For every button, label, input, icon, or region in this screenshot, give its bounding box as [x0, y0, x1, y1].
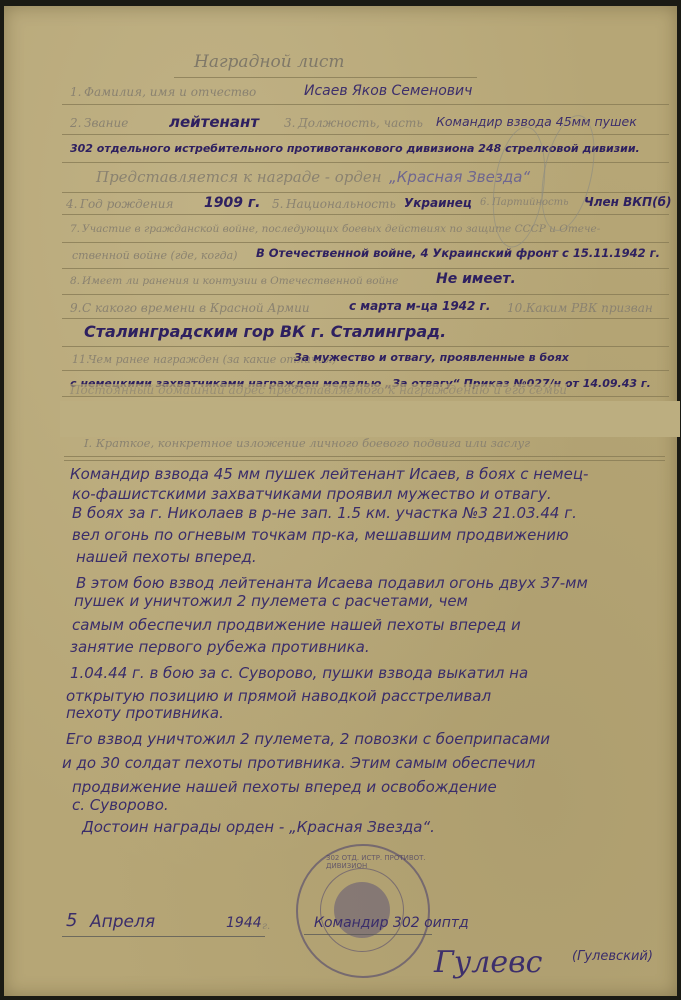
- field-7-num: 7.: [70, 224, 80, 235]
- rule: [62, 318, 669, 319]
- date-month: Апреля: [90, 914, 155, 931]
- signer-position: Командир 302 оиптд: [314, 916, 469, 930]
- field-6-value: Член ВКП(б): [584, 196, 671, 208]
- field-12-label: Постоянный домашний адрес представляемог…: [70, 384, 567, 396]
- rule: [64, 456, 665, 457]
- document-title: Наградной лист: [194, 54, 345, 71]
- field-2-num: 2.: [70, 117, 81, 129]
- field-6-num: 6.: [480, 198, 490, 208]
- field-4-num: 4.: [66, 198, 77, 210]
- field-5-label: Национальность: [286, 198, 396, 210]
- field-1-num: 1.: [70, 86, 81, 98]
- pencil-mark: [532, 110, 603, 235]
- field-9-value: с марта м-ца 1942 г.: [349, 300, 490, 312]
- field-8-value: Не имеет.: [436, 272, 516, 286]
- field-9-num: 9.: [70, 302, 81, 314]
- date-day: 5: [66, 912, 77, 930]
- field-1-value: Исаев Яков Семенович: [304, 84, 472, 98]
- narrative-line: В боях за г. Николаев в р-не зап. 1.5 км…: [72, 506, 577, 521]
- field-2-label: Звание: [84, 117, 128, 129]
- rule: [62, 346, 669, 347]
- field-2-value: лейтенант: [169, 115, 259, 130]
- narrative-line: занятие первого рубежа противника.: [70, 640, 370, 655]
- narrative-line: продвижение нашей пехоты вперед и освобо…: [72, 780, 497, 795]
- narrative-line: Достоин награды орден - „Красная Звезда“…: [82, 820, 435, 835]
- section-heading: I. Краткое, конкретное изложение личного…: [84, 438, 530, 450]
- field-3-num: 3.: [284, 117, 295, 129]
- field-3-value: Командир взвода 45мм пушек: [436, 116, 637, 129]
- field-9-label: С какого времени в Красной Армии: [82, 302, 310, 314]
- rule: [62, 294, 669, 295]
- field-5-value: Украинец: [404, 197, 472, 209]
- narrative-line: с. Суворово.: [72, 798, 169, 813]
- rule: [64, 460, 665, 461]
- field-1-label: Фамилия, имя и отчество: [84, 86, 256, 98]
- rule: [62, 268, 669, 269]
- rule: [62, 104, 669, 105]
- field-8-num: 8.: [70, 276, 80, 287]
- field-11-value: За мужество и отвагу, проявленные в боях: [294, 352, 569, 363]
- narrative-line: Его взвод уничтожил 2 пулемета, 2 повозк…: [66, 732, 550, 747]
- date-year-suffix: г.: [262, 922, 270, 932]
- field-10-num: 10.: [507, 302, 526, 314]
- date-year: 1944: [226, 916, 262, 930]
- field-3-label: Должность, часть: [298, 117, 423, 129]
- stamp-text: 302 ОТД. ИСТР. ПРОТИВОТ. ДИВИЗИОН: [326, 854, 428, 870]
- narrative-line: нашей пехоты вперед.: [76, 550, 257, 565]
- date-underline: [62, 936, 265, 937]
- narrative-line: пехоту противника.: [66, 706, 224, 721]
- field-11-num: 11.: [72, 354, 90, 365]
- field-10-label: Каким РВК призван: [526, 302, 653, 314]
- rule: [62, 242, 669, 243]
- narrative-line: самым обеспечил продвижение нашей пехоты…: [72, 618, 521, 633]
- signature-underline: [304, 934, 432, 935]
- field-8-label: Имеет ли ранения и контузии в Отечествен…: [82, 276, 398, 287]
- rule: [62, 370, 669, 371]
- field-4-value: 1909 г.: [204, 196, 260, 210]
- field-4-label: Год рождения: [80, 198, 173, 210]
- award-label: Представляется к награде - орден: [96, 170, 382, 185]
- narrative-line: вел огонь по огневым точкам пр-ка, мешав…: [72, 528, 569, 543]
- field-7-label-line2: ственной войне (где, когда): [72, 250, 237, 261]
- award-sheet: Наградной лист 1. Фамилия, имя и отчеств…: [4, 6, 677, 996]
- field-5-num: 5.: [272, 198, 283, 210]
- field-10-value: Сталинградским гор ВК г. Сталинград.: [84, 324, 446, 340]
- title-underline: [174, 77, 477, 78]
- field-7-value: В Отечественной войне, 4 Украинский фрон…: [256, 248, 660, 260]
- narrative-line: 1.04.44 г. в бою за с. Суворово, пушки в…: [70, 666, 528, 681]
- narrative-line: В этом бою взвод лейтенанта Исаева подав…: [76, 576, 588, 591]
- narrative-line: и до 30 солдат пехоты противника. Этим с…: [62, 756, 535, 771]
- narrative-line: Командир взвода 45 мм пушек лейтенант Ис…: [70, 467, 588, 482]
- signer-name: (Гулевский): [572, 950, 653, 963]
- signature-scribble: Гулевс: [434, 948, 542, 978]
- narrative-line: открытую позицию и прямой наводкой расст…: [66, 689, 491, 704]
- official-stamp: 302 ОТД. ИСТР. ПРОТИВОТ. ДИВИЗИОН: [296, 844, 430, 978]
- narrative-line: ко-фашистскими захватчиками проявил муже…: [72, 487, 552, 502]
- narrative-line: пушек и уничтожил 2 пулемета с расчетами…: [74, 594, 468, 609]
- redacted-area: [60, 401, 680, 437]
